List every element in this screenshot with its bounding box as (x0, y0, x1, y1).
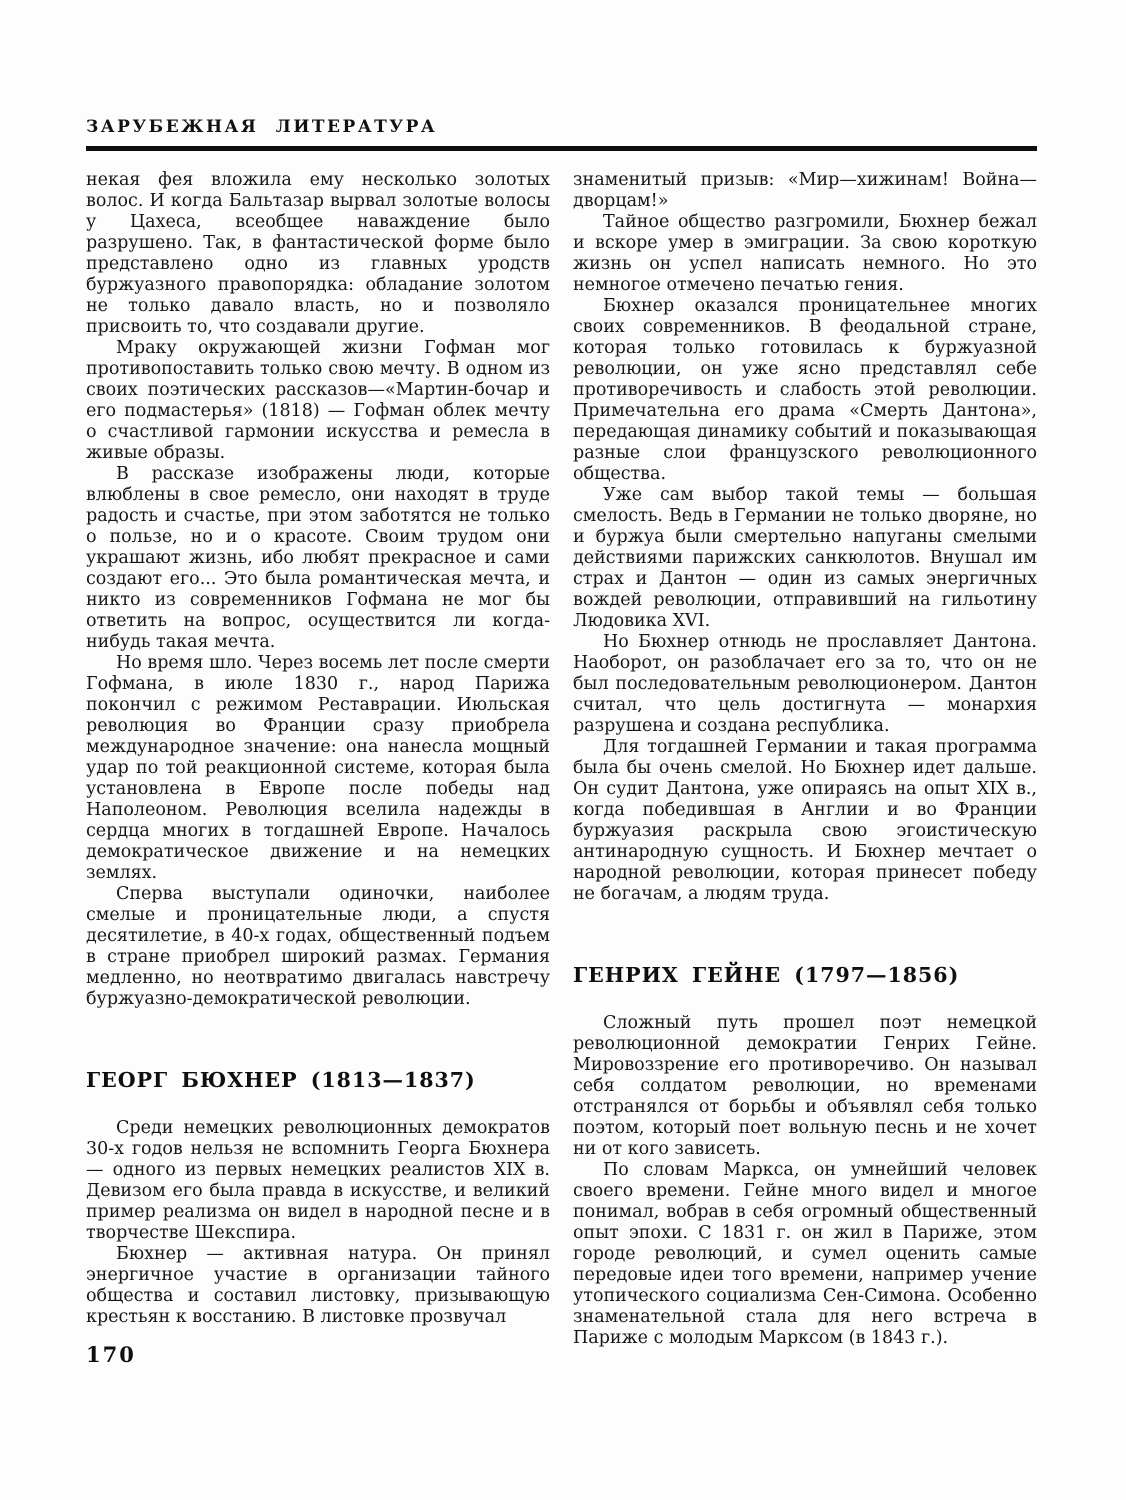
paragraph: Бюхнер — активная натура. Он принял энер… (86, 1244, 550, 1328)
header-rule (86, 146, 1037, 151)
paragraph: Сложный путь прошел поэт немецкой револю… (573, 1013, 1037, 1160)
paragraph: В рассказе изображены люди, которые влюб… (86, 464, 550, 653)
running-header: ЗАРУБЕЖНАЯ ЛИТЕРАТУРА (86, 117, 437, 137)
left-column: некая фея вложила ему несколько золотых … (86, 170, 550, 1349)
paragraph: некая фея вложила ему несколько золотых … (86, 170, 550, 338)
paragraph: По словам Маркса, он умнейший человек св… (573, 1160, 1037, 1349)
paragraph: знаменитый призыв: «Мир—хижинам! Война—д… (573, 170, 1037, 212)
book-page: ЗАРУБЕЖНАЯ ЛИТЕРАТУРА некая фея вложила … (0, 0, 1126, 1500)
section-heading: ГЕОРГ БЮХНЕР (1813—1837) (86, 1068, 550, 1092)
section-heading: ГЕНРИХ ГЕЙНЕ (1797—1856) (573, 963, 1037, 987)
paragraph: Сперва выступали одиночки, наиболее смел… (86, 884, 550, 1010)
paragraph: Уже сам выбор такой темы — большая смело… (573, 485, 1037, 632)
paragraph: Тайное общество разгромили, Бюхнер бежал… (573, 212, 1037, 296)
right-column: знаменитый призыв: «Мир—хижинам! Война—д… (573, 170, 1037, 1349)
paragraph: Но Бюхнер отнюдь не прославляет Дантона.… (573, 632, 1037, 737)
paragraph: Среди немецких революционных демократов … (86, 1118, 550, 1244)
paragraph: Бюхнер оказался проницательнее многих св… (573, 296, 1037, 485)
page-number: 170 (86, 1342, 136, 1367)
paragraph: Но время шло. Через восемь лет после сме… (86, 653, 550, 884)
paragraph: Мраку окружающей жизни Гофман мог против… (86, 338, 550, 464)
paragraph: Для тогдашней Германии и такая программа… (573, 737, 1037, 905)
text-columns: некая фея вложила ему несколько золотых … (86, 170, 1037, 1349)
